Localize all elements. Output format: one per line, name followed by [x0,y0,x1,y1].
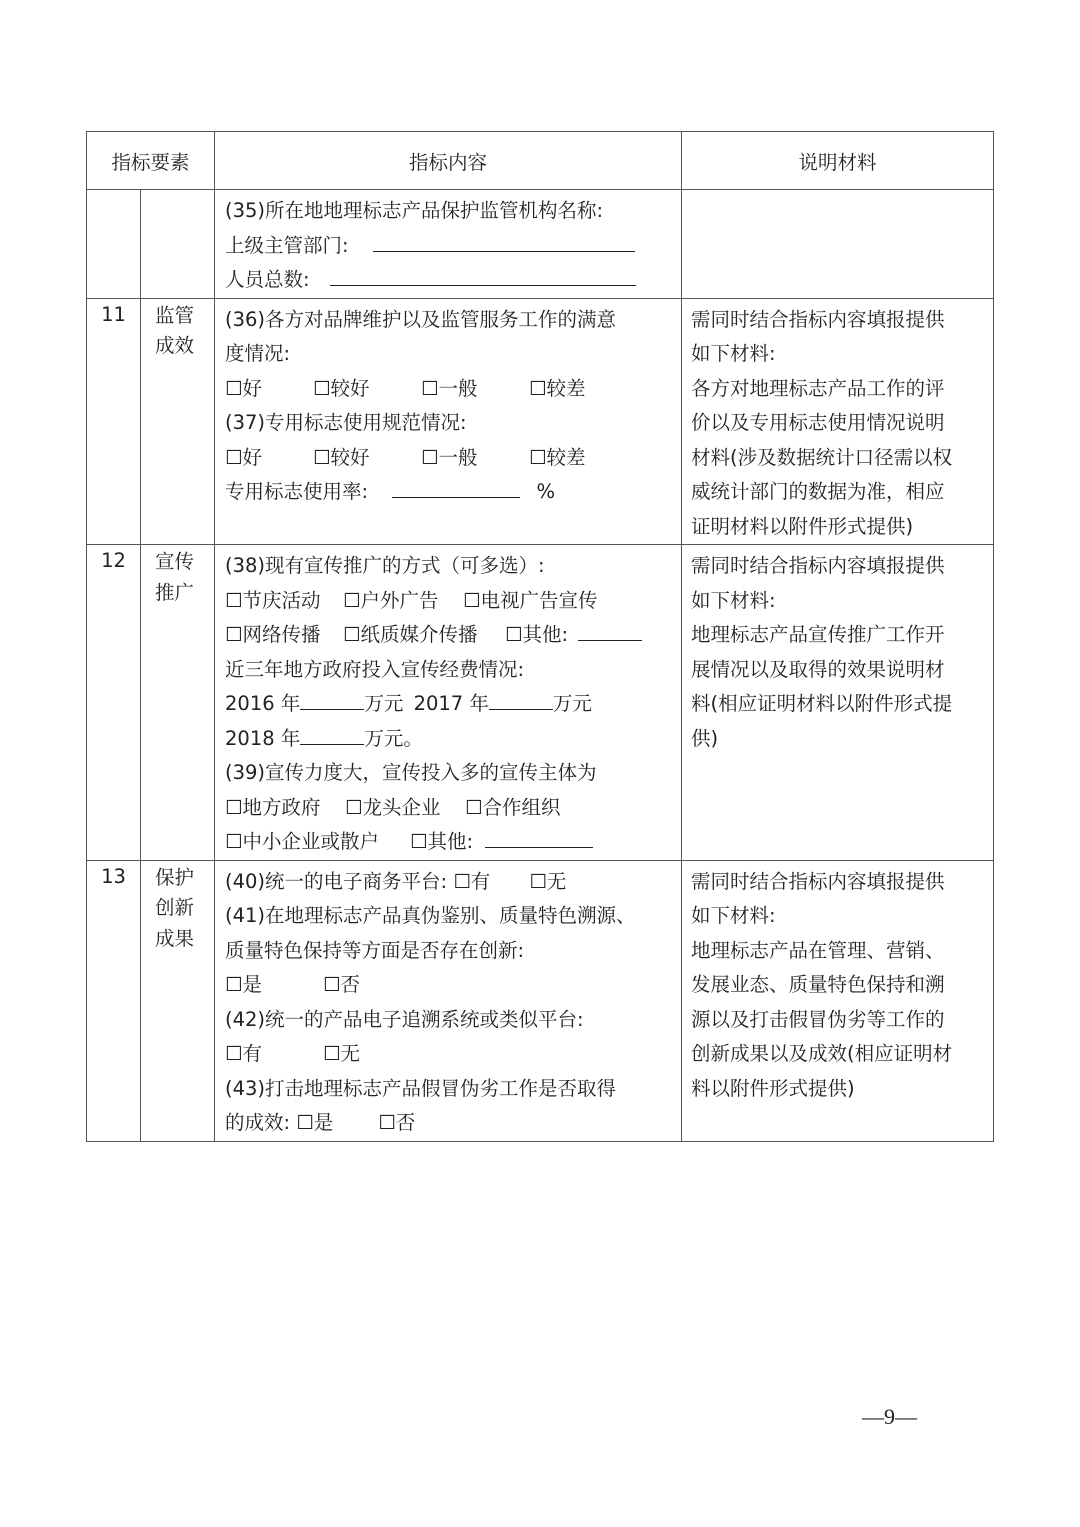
q38-option-other[interactable]: ☐其他: [505,618,568,653]
content-cell: (35)所在地地理标志产品保护监管机构名称: 上级主管部门: 人员总数: [215,190,682,299]
q39-option-leading-enterprise[interactable]: ☐龙头企业 [345,791,465,826]
q37-option-good[interactable]: ☐好 [225,441,313,476]
q43-title-cont: 的成效: [225,1111,290,1134]
category-line: 保护 [155,861,214,896]
funding-2018-input-line[interactable] [300,722,364,745]
q37-option-average[interactable]: ☐一般 [421,441,529,476]
q37-title: (37)专用标志使用规范情况: [225,406,673,441]
note-line: 如下材料: [691,899,987,934]
note-cell: 需同时结合指标内容填报提供 如下材料: 各方对地理标志产品工作的评 价以及专用标… [682,298,994,545]
note-line: 供) [691,722,987,757]
category-cell: 保护 创新 成果 [141,860,215,1141]
q42-title: (42)统一的产品电子追溯系统或类似平台: [225,1003,673,1038]
note-line: 威统计部门的数据为准，相应 [691,475,987,510]
q39-options-row2: ☐中小企业或散户☐其他: [225,825,673,860]
content-cell: (36)各方对品牌维护以及监管服务工作的满意 度情况: ☐好☐较好☐一般☐较差 … [215,298,682,545]
funding-2017-input-line[interactable] [489,687,553,710]
q39-title: (39)宣传力度大，宣传投入多的宣传主体为 [225,756,673,791]
note-cell: 需同时结合指标内容填报提供 如下材料: 地理标志产品在管理、营销、 发展业态、质… [682,860,994,1141]
num-cell [87,190,141,299]
q43-option-yes[interactable]: ☐是 [296,1106,378,1141]
category-cell [141,190,215,299]
usage-rate-input-line[interactable] [392,475,520,498]
note-line: 地理标志产品在管理、营销、 [691,934,987,969]
q41-option-no[interactable]: ☐否 [323,968,360,1003]
usage-rate-label: 专用标志使用率: [225,480,368,503]
item-35-title: (35)所在地地理标志产品保护监管机构名称: [225,194,673,229]
note-line: 创新成果以及成效(相应证明材 [691,1037,987,1072]
table-row: 12 宣传 推广 (38)现有宣传推广的方式（可多选）: ☐节庆活动☐户外广告☐… [87,545,994,861]
q38-option-print[interactable]: ☐纸质媒介传播 [343,618,505,653]
q38-title: (38)现有宣传推广的方式（可多选）: [225,549,673,584]
q37-option-fairly-good[interactable]: ☐较好 [313,441,421,476]
q37-options: ☐好☐较好☐一般☐较差 [225,441,673,476]
funding-title: 近三年地方政府投入宣传经费情况: [225,653,673,688]
unit-label: 万元。 [364,727,423,750]
table-row-continuation: (35)所在地地理标志产品保护监管机构名称: 上级主管部门: 人员总数: [87,190,994,299]
row-number: 13 [87,860,141,1141]
q36-option-average[interactable]: ☐一般 [421,372,529,407]
q40-option-yes[interactable]: ☐有 [453,865,529,900]
funding-2016-input-line[interactable] [300,687,364,710]
note-line: 源以及打击假冒伪劣等工作的 [691,1003,987,1038]
q39-option-local-gov[interactable]: ☐地方政府 [225,791,345,826]
note-cell [682,190,994,299]
q36-option-good[interactable]: ☐好 [225,372,313,407]
table-row: 13 保护 创新 成果 (40)统一的电子商务平台: ☐有☐无 (41)在地理标… [87,860,994,1141]
q40-title: (40)统一的电子商务平台: [225,870,447,893]
unit-label: 万元 [364,692,403,715]
table-header-row: 指标要素 指标内容 说明材料 [87,132,994,190]
q36-option-fairly-good[interactable]: ☐较好 [313,372,421,407]
note-line: 如下材料: [691,584,987,619]
note-line: 料以附件形式提供) [691,1072,987,1107]
header-indicator-content: 指标内容 [215,132,682,190]
row-number: 11 [87,298,141,545]
header-indicator-element: 指标要素 [87,132,215,190]
q42-option-no[interactable]: ☐无 [323,1037,360,1072]
staff-label: 人员总数: [225,268,310,291]
indicator-table: 指标要素 指标内容 说明材料 (35)所在地地理标志产品保护监管机构名称: 上级… [86,131,994,1142]
q36-option-poor[interactable]: ☐较差 [529,372,585,407]
year-2016-label: 2016 年 [225,692,300,715]
q41-title-cont: 质量特色保持等方面是否存在创新: [225,934,673,969]
q36-options: ☐好☐较好☐一般☐较差 [225,372,673,407]
q36-title-cont: 度情况: [225,337,673,372]
q39-option-sme[interactable]: ☐中小企业或散户 [225,825,410,860]
note-line: 各方对地理标志产品工作的评 [691,372,987,407]
page-number: —9— [862,1404,917,1430]
year-2017-label: 2017 年 [414,692,489,715]
header-explanation-material: 说明材料 [682,132,994,190]
dept-input-line[interactable] [373,229,635,252]
category-line: 宣传 [155,545,214,580]
q38-option-festival[interactable]: ☐节庆活动 [225,584,343,619]
year-2018-label: 2018 年 [225,727,300,750]
note-line: 发展业态、质量特色保持和溯 [691,968,987,1003]
category-line: 推广 [155,576,214,611]
note-cell: 需同时结合指标内容填报提供 如下材料: 地理标志产品宣传推广工作开 展情况以及取… [682,545,994,861]
content-cell: (38)现有宣传推广的方式（可多选）: ☐节庆活动☐户外广告☐电视广告宣传 ☐网… [215,545,682,861]
q43-option-no[interactable]: ☐否 [378,1106,415,1141]
note-line: 价以及专用标志使用情况说明 [691,406,987,441]
q41-title: (41)在地理标志产品真伪鉴别、质量特色溯源、 [225,899,673,934]
note-line: 展情况以及取得的效果说明材 [691,653,987,688]
q42-option-yes[interactable]: ☐有 [225,1037,323,1072]
q38-option-online[interactable]: ☐网络传播 [225,618,343,653]
q38-options-row1: ☐节庆活动☐户外广告☐电视广告宣传 [225,584,673,619]
q38-option-outdoor-ad[interactable]: ☐户外广告 [343,584,463,619]
q39-option-cooperative[interactable]: ☐合作组织 [465,791,560,826]
note-line: 材料(涉及数据统计口径需以权 [691,441,987,476]
q42-options: ☐有☐无 [225,1037,673,1072]
note-line: 需同时结合指标内容填报提供 [691,865,987,900]
q41-options: ☐是☐否 [225,968,673,1003]
q43-title: (43)打击地理标志产品假冒伪劣工作是否取得 [225,1072,673,1107]
q41-option-yes[interactable]: ☐是 [225,968,323,1003]
usage-rate-unit: % [537,480,556,503]
q38-options-row2: ☐网络传播☐纸质媒介传播☐其他: [225,618,673,653]
table-row: 11 监管 成效 (36)各方对品牌维护以及监管服务工作的满意 度情况: ☐好☐… [87,298,994,545]
q39-other-input-line[interactable] [485,825,593,848]
category-line: 监管 [155,299,214,334]
category-cell: 监管 成效 [141,298,215,545]
content-cell: (40)统一的电子商务平台: ☐有☐无 (41)在地理标志产品真伪鉴别、质量特色… [215,860,682,1141]
note-line: 如下材料: [691,337,987,372]
note-line: 需同时结合指标内容填报提供 [691,303,987,338]
category-cell: 宣传 推广 [141,545,215,861]
q39-options-row1: ☐地方政府☐龙头企业☐合作组织 [225,791,673,826]
q37-option-poor[interactable]: ☐较差 [529,441,585,476]
q36-title: (36)各方对品牌维护以及监管服务工作的满意 [225,303,673,338]
q39-option-other[interactable]: ☐其他: [410,825,473,860]
q38-other-input-line[interactable] [578,618,642,641]
note-line: 证明材料以附件形式提供) [691,510,987,545]
staff-input-line[interactable] [330,263,636,286]
category-line: 创新 [155,891,214,926]
note-line: 地理标志产品宣传推广工作开 [691,618,987,653]
note-line: 需同时结合指标内容填报提供 [691,549,987,584]
row-number: 12 [87,545,141,861]
note-line: 料(相应证明材料以附件形式提 [691,687,987,722]
category-line: 成果 [155,922,214,957]
category-line: 成效 [155,329,214,364]
dept-label: 上级主管部门: [225,234,349,257]
q38-option-tv-ad[interactable]: ☐电视广告宣传 [463,584,597,619]
unit-label: 万元 [553,692,592,715]
q40-option-no[interactable]: ☐无 [529,865,566,900]
